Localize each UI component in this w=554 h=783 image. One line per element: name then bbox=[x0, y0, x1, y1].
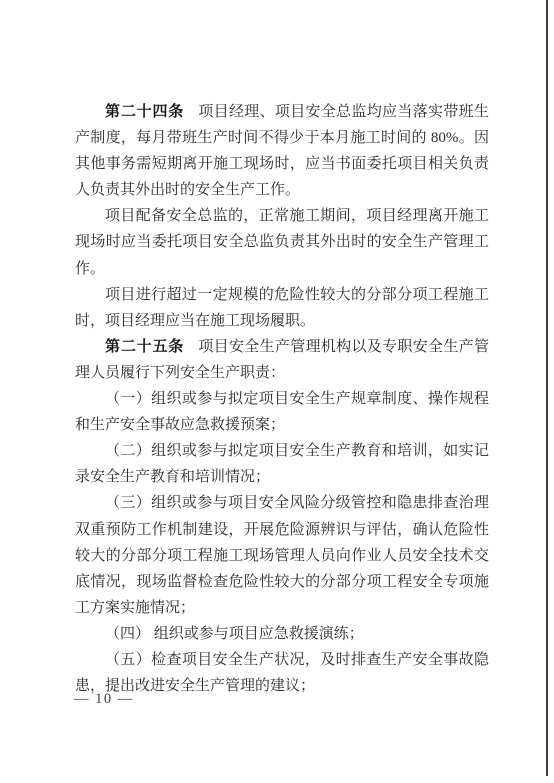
paragraph: （二）组织或参与拟定项目安全生产教育和培训，如实记录安全生产教育和培训情况； bbox=[75, 438, 489, 490]
page-number: — 10 — bbox=[74, 691, 134, 708]
paragraph: 项目进行超过一定规模的危险性较大的分部分项工程施工时，项目经理应当在施工现场履职… bbox=[75, 282, 489, 334]
article-number: 第二十四条 bbox=[105, 104, 184, 120]
paragraph-text: 项目配备安全总监的，正常施工期间，项目经理离开施工现场时应当委托项目安全总监负责… bbox=[75, 208, 489, 276]
paragraph-text: （一）组织或参与拟定项目安全生产规章制度、操作规程和生产安全事故应急救援预案； bbox=[75, 391, 489, 433]
document-page: 第二十四条项目经理、项目安全总监均应当落实带班生产制度，每月带班生产时间不得少于… bbox=[0, 0, 554, 783]
paragraph: （五）检查项目安全生产状况，及时排查生产安全事故隐患，提出改进安全生产管理的建议… bbox=[75, 647, 489, 699]
scan-edge-line bbox=[546, 0, 548, 776]
paragraph: 第二十五条项目安全生产管理机构以及专职安全生产管理人员履行下列安全生产职责： bbox=[75, 334, 489, 386]
document-body: 第二十四条项目经理、项目安全总监均应当落实带班生产制度，每月带班生产时间不得少于… bbox=[75, 99, 489, 699]
paragraph: （三）组织或参与项目安全风险分级管控和隐患排查治理双重预防工作机制建设，开展危险… bbox=[75, 490, 489, 620]
paragraph: 第二十四条项目经理、项目安全总监均应当落实带班生产制度，每月带班生产时间不得少于… bbox=[75, 99, 489, 203]
paragraph-text: （四） 组织或参与项目应急救援演练； bbox=[105, 626, 364, 642]
paragraph: 项目配备安全总监的，正常施工期间，项目经理离开施工现场时应当委托项目安全总监负责… bbox=[75, 203, 489, 281]
paragraph-text: 项目进行超过一定规模的危险性较大的分部分项工程施工时，项目经理应当在施工现场履职… bbox=[75, 287, 489, 329]
paragraph-text: （二）组织或参与拟定项目安全生产教育和培训，如实记录安全生产教育和培训情况； bbox=[75, 443, 489, 485]
paragraph: （一）组织或参与拟定项目安全生产规章制度、操作规程和生产安全事故应急救援预案； bbox=[75, 386, 489, 438]
paragraph: （四） 组织或参与项目应急救援演练； bbox=[75, 621, 489, 647]
paragraph-text: （五）检查项目安全生产状况，及时排查生产安全事故隐患，提出改进安全生产管理的建议… bbox=[75, 652, 489, 694]
paragraph-text: （三）组织或参与项目安全风险分级管控和隐患排查治理双重预防工作机制建设，开展危险… bbox=[75, 495, 489, 615]
article-number: 第二十五条 bbox=[105, 339, 184, 355]
